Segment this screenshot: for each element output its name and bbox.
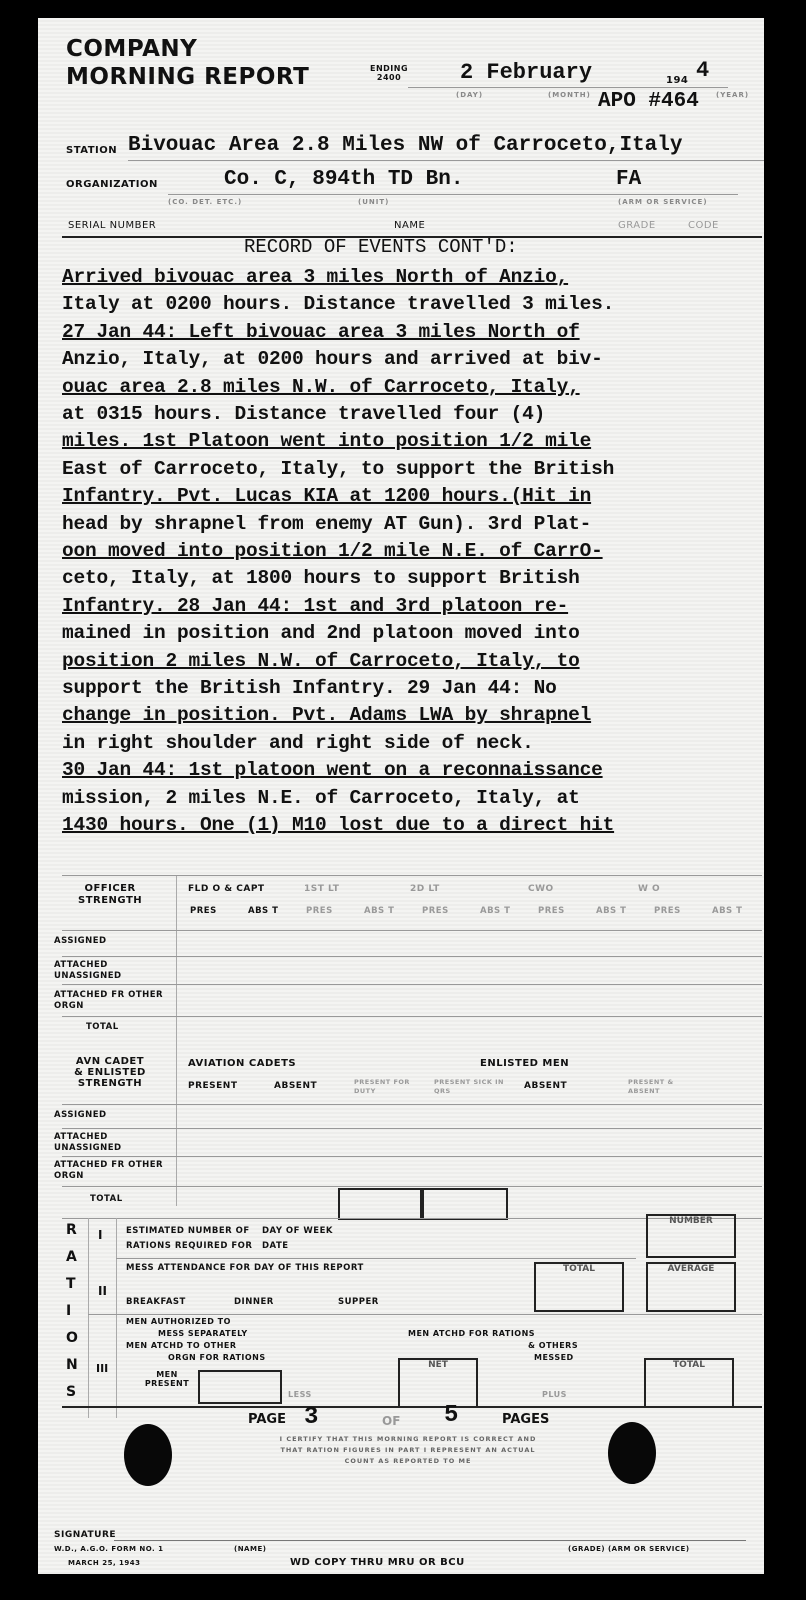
officer-group-header: 2D LT: [410, 884, 440, 894]
enlisted-row-divider: [62, 1186, 762, 1187]
org-sub-arm: (ARM OR SERVICE): [618, 198, 708, 206]
copy-note: WD COPY THRU MRU OR BCU: [290, 1557, 465, 1568]
event-line: Italy at 0200 hours. Distance travelled …: [62, 291, 762, 318]
sub-day: (DAY): [456, 91, 483, 99]
officer-strength-label: OFFICER STRENGTH: [78, 883, 142, 907]
rations-bottom-line: [62, 1406, 762, 1408]
enlisted-col-header: PRESENT SICK IN QRS: [434, 1078, 510, 1096]
section-iii-total-box: TOTAL: [644, 1358, 734, 1408]
number-box: NUMBER: [646, 1214, 736, 1258]
enlisted-col-header: PRESENT & ABSENT: [628, 1078, 704, 1096]
rations-letter: S: [66, 1384, 76, 1400]
officer-subcol-header: PRES: [190, 906, 217, 916]
enlisted-strength-label: AVN CADET & ENLISTED STRENGTH: [66, 1056, 154, 1089]
less-label: LESS: [288, 1390, 312, 1399]
officer-subcol-header: ABS T: [248, 906, 278, 916]
morning-report-form: COMPANY MORNING REPORT ENDING 2400 2 Feb…: [38, 18, 764, 1574]
punch-hole-right: [608, 1422, 656, 1484]
form-number: W.D., A.G.O. FORM NO. 1: [54, 1545, 164, 1553]
enlisted-row-label: ATTACHED UNASSIGNED: [54, 1132, 164, 1154]
officer-subcol-header: PRES: [422, 906, 449, 916]
page-number: 3: [304, 1404, 318, 1431]
arm-value: FA: [616, 168, 641, 191]
net-box: NET: [398, 1358, 478, 1408]
men-atchd-rations-label: MEN ATCHD FOR RATIONS: [408, 1329, 535, 1338]
officer-group-header: CWO: [528, 884, 554, 894]
total-box-1: [338, 1188, 422, 1220]
officer-subcol-header: PRES: [654, 906, 681, 916]
certify-line-3: COUNT AS REPORTED TO ME: [238, 1456, 578, 1467]
rations-letter: R: [66, 1222, 77, 1238]
rations-letter: I: [66, 1303, 71, 1319]
officer-group-header: 1ST LT: [304, 884, 339, 894]
ending-label: ENDING 2400: [370, 64, 408, 82]
event-line: ouac area 2.8 miles N.W. of Carroceto, I…: [62, 374, 762, 401]
pages-label: PAGES: [502, 1412, 549, 1427]
enlisted-row-divider: [62, 1156, 762, 1157]
officer-row-label: ATTACHED UNASSIGNED: [54, 960, 164, 982]
men-present-label: MEN PRESENT: [142, 1370, 192, 1388]
event-line: in right shoulder and right side of neck…: [62, 730, 762, 757]
rations-letter: N: [66, 1357, 78, 1373]
enlisted-row-label: TOTAL: [90, 1194, 200, 1205]
event-line: Arrived bivouac area 3 miles North of An…: [62, 264, 762, 291]
section-i-line2: RATIONS REQUIRED FOR: [126, 1241, 252, 1251]
enlisted-label-2: & ENLISTED: [66, 1067, 154, 1078]
event-line: oon moved into position 1/2 mile N.E. of…: [62, 538, 762, 565]
event-line: change in position. Pvt. Adams LWA by sh…: [62, 702, 762, 729]
section-iii-numeral: III: [96, 1362, 108, 1375]
event-line: Infantry. Pvt. Lucas KIA at 1200 hours.(…: [62, 483, 762, 510]
date-underline: [408, 87, 728, 88]
messed-label: MESSED: [534, 1353, 574, 1362]
officer-label-1: OFFICER: [78, 883, 142, 895]
officer-row-label: TOTAL: [86, 1022, 196, 1033]
officer-row-divider: [62, 956, 762, 957]
orgn-for-rations-label: ORGN FOR RATIONS: [168, 1353, 266, 1362]
name-header: NAME: [394, 220, 425, 231]
organization-underline: [168, 194, 738, 195]
organization-label: ORGANIZATION: [66, 179, 158, 190]
enlisted-col-header: PRESENT: [188, 1082, 264, 1091]
year-prefix: 194: [666, 75, 688, 86]
enlisted-col-header: PRESENT FOR DUTY: [354, 1078, 430, 1096]
officer-subcol-header: PRES: [306, 906, 333, 916]
rations-letter: O: [66, 1330, 78, 1346]
enlisted-label-1: AVN CADET: [66, 1056, 154, 1067]
rations-letter-divider: [88, 1218, 89, 1418]
enlisted-row-divider: [62, 1104, 762, 1105]
officer-row-label: ATTACHED FR OTHER ORGN: [54, 990, 164, 1012]
sub-year: (YEAR): [716, 91, 749, 99]
events-heading: RECORD OF EVENTS CONT'D:: [244, 236, 518, 258]
officer-subcol-header: PRES: [538, 906, 565, 916]
officer-label-2: STRENGTH: [78, 895, 142, 907]
form-title-morning-report: MORNING REPORT: [66, 64, 309, 90]
org-sub-unit: (UNIT): [358, 198, 389, 206]
enlisted-col-header: ABSENT: [274, 1082, 350, 1091]
apo-number: APO #464: [598, 90, 699, 113]
aviation-cadets-header: AVIATION CADETS: [188, 1058, 296, 1069]
net-label: NET: [400, 1360, 476, 1370]
name-sublabel: (NAME): [234, 1545, 266, 1553]
event-line: mained in position and 2nd platoon moved…: [62, 620, 762, 647]
enlisted-col-header: ABSENT: [524, 1082, 600, 1091]
day-of-week-option[interactable]: DAY OF WEEK: [262, 1226, 333, 1236]
total-pages: 5: [444, 1402, 458, 1429]
form-title-company: COMPANY: [66, 36, 197, 62]
certify-line-1: I CERTIFY THAT THIS MORNING REPORT IS CO…: [238, 1434, 578, 1445]
event-line: ceto, Italy, at 1800 hours to support Br…: [62, 565, 762, 592]
event-line: mission, 2 miles N.E. of Carroceto, Ital…: [62, 785, 762, 812]
event-line: support the British Infantry. 29 Jan 44:…: [62, 675, 762, 702]
organization-value: Co. C, 894th TD Bn.: [224, 168, 463, 191]
serial-number-header: SERIAL NUMBER: [68, 220, 156, 231]
report-date: 2 February: [460, 60, 592, 85]
section-i-line1: ESTIMATED NUMBER OF: [126, 1226, 250, 1236]
enlisted-row-divider: [62, 1128, 762, 1129]
officer-subcol-header: ABS T: [480, 906, 510, 916]
officer-subcol-header: ABS T: [596, 906, 626, 916]
station-underline: [128, 160, 764, 161]
mess-average-label: AVERAGE: [648, 1264, 734, 1274]
mess-attendance-label: MESS ATTENDANCE FOR DAY OF THIS REPORT: [126, 1263, 364, 1273]
mess-total-label: TOTAL: [536, 1264, 622, 1274]
officer-subcol-header: ABS T: [712, 906, 742, 916]
officer-row-divider: [62, 1016, 762, 1017]
officer-subcol-header: ABS T: [364, 906, 394, 916]
enlisted-men-header: ENLISTED MEN: [480, 1058, 569, 1069]
meal-supper: SUPPER: [338, 1297, 379, 1307]
ending-label-word: ENDING: [370, 64, 408, 73]
meal-breakfast: BREAKFAST: [126, 1297, 186, 1307]
signature-label: SIGNATURE: [54, 1530, 116, 1540]
officer-row-divider: [62, 984, 762, 985]
total-box-2: [422, 1188, 508, 1220]
section-i-numeral: I: [98, 1228, 102, 1242]
event-line: 27 Jan 44: Left bivouac area 3 miles Nor…: [62, 319, 762, 346]
rations-numeral-divider: [116, 1218, 117, 1418]
grade-sublabel: (GRADE) (ARM OR SERVICE): [568, 1545, 690, 1553]
date-option[interactable]: DATE: [262, 1241, 289, 1251]
event-line: 30 Jan 44: 1st platoon went on a reconna…: [62, 757, 762, 784]
officer-row-label: ASSIGNED: [54, 936, 164, 947]
punch-hole-left: [124, 1424, 172, 1486]
certify-line-2: THAT RATION FIGURES IN PART I REPRESENT …: [238, 1445, 578, 1456]
officer-top-line: [62, 875, 762, 876]
section-i-divider: [116, 1258, 636, 1259]
certification-text: I CERTIFY THAT THIS MORNING REPORT IS CO…: [238, 1434, 578, 1467]
signature-line[interactable]: [114, 1540, 746, 1541]
event-line: head by shrapnel from enemy AT Gun). 3rd…: [62, 511, 762, 538]
men-present-box: [198, 1370, 282, 1404]
year-suffix: 4: [696, 58, 709, 83]
mess-average-box: AVERAGE: [646, 1262, 736, 1312]
mess-separately-label: MESS SEPARATELY: [158, 1329, 248, 1338]
station-value: Bivouac Area 2.8 Miles NW of Carroceto,I…: [128, 134, 683, 157]
station-label: STATION: [66, 145, 117, 156]
form-date: MARCH 25, 1943: [68, 1559, 141, 1567]
men-authorized-label: MEN AUTHORIZED TO: [126, 1317, 231, 1326]
section-ii-numeral: II: [98, 1284, 107, 1298]
event-line: Anzio, Italy, at 0200 hours and arrived …: [62, 346, 762, 373]
rations-letter: T: [66, 1276, 76, 1292]
mess-total-box: TOTAL: [534, 1262, 624, 1312]
enlisted-row-label: ATTACHED FR OTHER ORGN: [54, 1160, 164, 1182]
grade-header: GRADE: [618, 220, 656, 231]
event-line: 1430 hours. One (1) M10 lost due to a di…: [62, 812, 762, 839]
plus-label: PLUS: [542, 1390, 567, 1399]
event-line: East of Carroceto, Italy, to support the…: [62, 456, 762, 483]
rations-letter: A: [66, 1249, 77, 1265]
ending-label-time: 2400: [370, 73, 408, 82]
men-atchd-other-label: MEN ATCHD TO OTHER: [126, 1341, 237, 1350]
officer-row-divider: [62, 930, 762, 931]
section-iii-total-label: TOTAL: [646, 1360, 732, 1370]
page-label: PAGE: [248, 1412, 286, 1427]
officer-group-header: W O: [638, 884, 660, 894]
event-line: position 2 miles N.W. of Carroceto, Ital…: [62, 648, 762, 675]
officer-group-header: FLD O & CAPT: [188, 884, 265, 894]
event-line: Infantry. 28 Jan 44: 1st and 3rd platoon…: [62, 593, 762, 620]
and-others-label: & OTHERS: [528, 1341, 578, 1350]
sub-month: (MONTH): [548, 91, 591, 99]
code-header: CODE: [688, 220, 719, 231]
enlisted-row-label: ASSIGNED: [54, 1110, 164, 1121]
enlisted-label-3: STRENGTH: [66, 1078, 154, 1089]
section-ii-divider: [88, 1314, 762, 1315]
number-box-label: NUMBER: [648, 1216, 734, 1226]
of-label: OF: [382, 1414, 400, 1428]
event-line: at 0315 hours. Distance travelled four (…: [62, 401, 762, 428]
org-sub-company: (CO. DET. ETC.): [168, 198, 242, 206]
event-line: miles. 1st Platoon went into position 1/…: [62, 428, 762, 455]
meal-dinner: DINNER: [234, 1297, 274, 1307]
